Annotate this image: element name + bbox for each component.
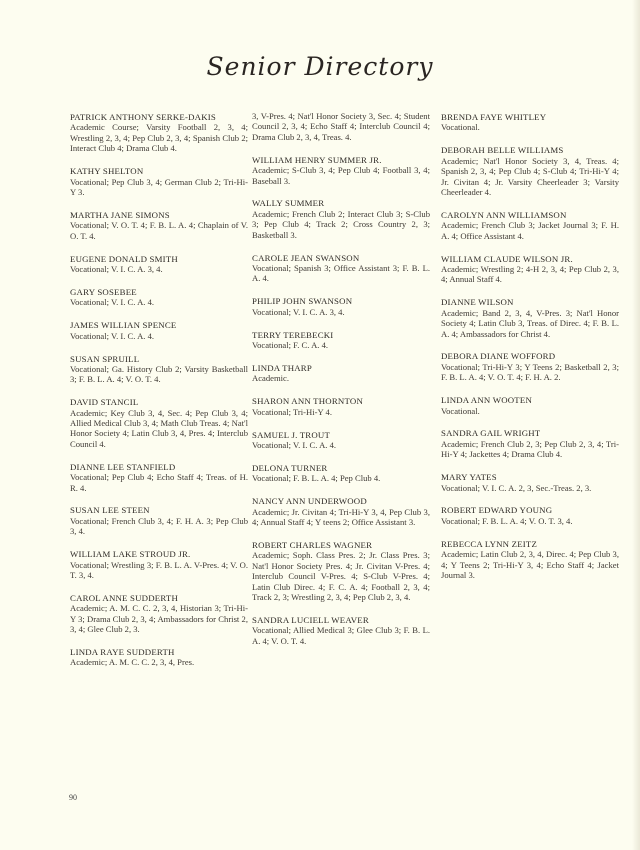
student-name: SANDRA GAIL WRIGHT bbox=[441, 428, 619, 438]
directory-entry: CAROLYN ANN WILLIAMSONAcademic; French C… bbox=[441, 210, 619, 241]
directory-entry: SANDRA GAIL WRIGHTAcademic; French Club … bbox=[441, 428, 619, 459]
student-name: MARY YATES bbox=[441, 472, 619, 482]
directory-column-2: 3, V-Pres. 4; Nat'l Honor Society 3, Sec… bbox=[252, 111, 430, 659]
student-activities: Vocational; V. I. C. A. 4. bbox=[252, 440, 430, 450]
directory-entry: SANDRA LUCIELL WEAVERVocational; Allied … bbox=[252, 615, 430, 646]
directory-entry: DIANNE WILSONAcademic; Band 2, 3, 4, V-P… bbox=[441, 297, 619, 339]
student-name: DEBORAH BELLE WILLIAMS bbox=[441, 145, 619, 155]
directory-entry: CAROL ANNE SUDDERTHAcademic; A. M. C. C.… bbox=[70, 593, 248, 635]
student-name: EUGENE DONALD SMITH bbox=[70, 254, 248, 264]
student-name: WILLIAM CLAUDE WILSON JR. bbox=[441, 254, 619, 264]
directory-entry: DELONA TURNERVocational; F. B. L. A. 4; … bbox=[252, 463, 430, 484]
student-name: DELONA TURNER bbox=[252, 463, 430, 473]
student-activities: Vocational; French Club 3, 4; F. H. A. 3… bbox=[70, 516, 248, 537]
directory-entry: ROBERT EDWARD YOUNGVocational; F. B. L. … bbox=[441, 505, 619, 526]
continued-entry-text: 3, V-Pres. 4; Nat'l Honor Society 3, Sec… bbox=[252, 111, 430, 142]
student-activities: Vocational; V. I. C. A. 4. bbox=[70, 297, 248, 307]
student-name: WALLY SUMMER bbox=[252, 198, 430, 208]
page-title: Senior Directory bbox=[0, 52, 640, 81]
student-name: DEBORA DIANE WOFFORD bbox=[441, 351, 619, 361]
directory-entry: DAVID STANCILAcademic; Key Club 3, 4, Se… bbox=[70, 397, 248, 449]
student-name: KATHY SHELTON bbox=[70, 166, 248, 176]
student-activities: Academic Course; Varsity Football 2, 3, … bbox=[70, 122, 248, 153]
student-name: WILLIAM LAKE STROUD JR. bbox=[70, 549, 248, 559]
student-activities: Vocational; V. I. C. A. 4. bbox=[70, 331, 248, 341]
student-name: SAMUEL J. TROUT bbox=[252, 430, 430, 440]
student-name: CAROLYN ANN WILLIAMSON bbox=[441, 210, 619, 220]
student-name: TERRY TEREBECKI bbox=[252, 330, 430, 340]
student-activities: Academic; Jr. Civitan 4; Tri-Hi-Y 3, 4, … bbox=[252, 507, 430, 528]
student-activities: Vocational; Tri-Hi-Y 3; Y Teens 2; Baske… bbox=[441, 362, 619, 383]
student-name: BRENDA FAYE WHITLEY bbox=[441, 112, 619, 122]
student-name: SHARON ANN THORNTON bbox=[252, 396, 430, 406]
student-activities: Academic; Latin Club 2, 3, 4, Direc. 4; … bbox=[441, 549, 619, 580]
directory-column-3: BRENDA FAYE WHITLEYVocational.DEBORAH BE… bbox=[441, 112, 619, 593]
student-activities: Vocational; V. I. C. A. 2, 3, Sec.-Treas… bbox=[441, 483, 619, 493]
directory-entry: PHILIP JOHN SWANSONVocational; V. I. C. … bbox=[252, 296, 430, 317]
student-name: PATRICK ANTHONY SERKE-DAKIS bbox=[70, 112, 248, 122]
directory-entry: REBECCA LYNN ZEITZAcademic; Latin Club 2… bbox=[441, 539, 619, 581]
directory-entry: ROBERT CHARLES WAGNERAcademic; Soph. Cla… bbox=[252, 540, 430, 602]
student-activities: Academic; A. M. C. C. 2, 3, 4, Historian… bbox=[70, 603, 248, 634]
student-activities: Vocational; V. O. T. 4; F. B. L. A. 4; C… bbox=[70, 220, 248, 241]
student-name: SUSAN SPRUILL bbox=[70, 354, 248, 364]
directory-entry: SUSAN LEE STEENVocational; French Club 3… bbox=[70, 505, 248, 536]
student-name: CAROLE JEAN SWANSON bbox=[252, 253, 430, 263]
directory-entry: WILLIAM HENRY SUMMER JR.Academic; S-Club… bbox=[252, 155, 430, 186]
student-name: DAVID STANCIL bbox=[70, 397, 248, 407]
student-activities: Academic; Band 2, 3, 4, V-Pres. 3; Nat'l… bbox=[441, 308, 619, 339]
student-activities: Vocational; Allied Medical 3; Glee Club … bbox=[252, 625, 430, 646]
directory-entry: TERRY TEREBECKIVocational; F. C. A. 4. bbox=[252, 330, 430, 351]
student-activities: Academic; Key Club 3, 4, Sec. 4; Pep Clu… bbox=[70, 408, 248, 450]
directory-entry: LINDA ANN WOOTENVocational. bbox=[441, 395, 619, 416]
student-activities: Vocational; F. B. L. A. 4; Pep Club 4. bbox=[252, 473, 430, 483]
directory-column-1: PATRICK ANTHONY SERKE-DAKISAcademic Cour… bbox=[70, 112, 248, 680]
directory-entry: JAMES WILLIAN SPENCEVocational; V. I. C.… bbox=[70, 320, 248, 341]
student-name: GARY SOSEBEE bbox=[70, 287, 248, 297]
student-name: LINDA RAYE SUDDERTH bbox=[70, 647, 248, 657]
student-activities: Academic; Soph. Class Pres. 2; Jr. Class… bbox=[252, 550, 430, 602]
student-name: CAROL ANNE SUDDERTH bbox=[70, 593, 248, 603]
directory-entry: MARY YATESVocational; V. I. C. A. 2, 3, … bbox=[441, 472, 619, 493]
directory-entry: DIANNE LEE STANFIELDVocational; Pep Club… bbox=[70, 462, 248, 493]
directory-entry: WILLIAM LAKE STROUD JR.Vocational; Wrest… bbox=[70, 549, 248, 580]
student-activities: Academic; Wrestling 2; 4-H 2, 3, 4; Pep … bbox=[441, 264, 619, 285]
student-name: LINDA THARP bbox=[252, 363, 430, 373]
student-activities: Vocational. bbox=[441, 406, 619, 416]
student-activities: Vocational; Spanish 3; Office Assistant … bbox=[252, 263, 430, 284]
directory-entry: LINDA THARPAcademic. bbox=[252, 363, 430, 384]
student-activities: Vocational; V. I. C. A. 3, 4. bbox=[70, 264, 248, 274]
directory-entry: PATRICK ANTHONY SERKE-DAKISAcademic Cour… bbox=[70, 112, 248, 154]
student-activities: Academic; A. M. C. C. 2, 3, 4, Pres. bbox=[70, 657, 248, 667]
student-name: JAMES WILLIAN SPENCE bbox=[70, 320, 248, 330]
student-name: SANDRA LUCIELL WEAVER bbox=[252, 615, 430, 625]
student-activities: Academic; French Club 3; Jacket Journal … bbox=[441, 220, 619, 241]
directory-entry: DEBORAH BELLE WILLIAMSAcademic; Nat'l Ho… bbox=[441, 145, 619, 197]
student-activities: Vocational; Pep Club 4; Echo Staff 4; Tr… bbox=[70, 472, 248, 493]
student-activities: Academic; French Club 2; Interact Club 3… bbox=[252, 209, 430, 240]
student-activities: Academic. bbox=[252, 373, 430, 383]
student-name: LINDA ANN WOOTEN bbox=[441, 395, 619, 405]
page-edge-shadow bbox=[632, 0, 640, 850]
directory-entry: BRENDA FAYE WHITLEYVocational. bbox=[441, 112, 619, 133]
student-name: PHILIP JOHN SWANSON bbox=[252, 296, 430, 306]
student-activities: Academic; S-Club 3, 4; Pep Club 4; Footb… bbox=[252, 165, 430, 186]
student-activities: Vocational; Ga. History Club 2; Varsity … bbox=[70, 364, 248, 385]
student-name: DIANNE LEE STANFIELD bbox=[70, 462, 248, 472]
directory-entry: WALLY SUMMERAcademic; French Club 2; Int… bbox=[252, 198, 430, 240]
student-name: DIANNE WILSON bbox=[441, 297, 619, 307]
student-activities: Vocational. bbox=[441, 122, 619, 132]
directory-entry: WILLIAM CLAUDE WILSON JR.Academic; Wrest… bbox=[441, 254, 619, 285]
directory-entry: SUSAN SPRUILLVocational; Ga. History Clu… bbox=[70, 354, 248, 385]
directory-entry: MARTHA JANE SIMONSVocational; V. O. T. 4… bbox=[70, 210, 248, 241]
directory-entry: CAROLE JEAN SWANSONVocational; Spanish 3… bbox=[252, 253, 430, 284]
directory-entry: LINDA RAYE SUDDERTHAcademic; A. M. C. C.… bbox=[70, 647, 248, 668]
student-activities: Vocational; V. I. C. A. 3, 4. bbox=[252, 307, 430, 317]
directory-entry: EUGENE DONALD SMITHVocational; V. I. C. … bbox=[70, 254, 248, 275]
directory-entry: NANCY ANN UNDERWOODAcademic; Jr. Civitan… bbox=[252, 496, 430, 527]
student-name: REBECCA LYNN ZEITZ bbox=[441, 539, 619, 549]
directory-entry: SHARON ANN THORNTONVocational; Tri-Hi-Y … bbox=[252, 396, 430, 417]
student-activities: Vocational; Wrestling 3; F. B. L. A. V-P… bbox=[70, 560, 248, 581]
directory-entry: KATHY SHELTONVocational; Pep Club 3, 4; … bbox=[70, 166, 248, 197]
directory-entry: SAMUEL J. TROUTVocational; V. I. C. A. 4… bbox=[252, 430, 430, 451]
student-name: ROBERT CHARLES WAGNER bbox=[252, 540, 430, 550]
student-activities: Academic; French Club 2, 3; Pep Club 2, … bbox=[441, 439, 619, 460]
page-number: 90 bbox=[69, 793, 77, 802]
student-name: ROBERT EDWARD YOUNG bbox=[441, 505, 619, 515]
student-activities: Vocational; Tri-Hi-Y 4. bbox=[252, 407, 430, 417]
student-activities: Academic; Nat'l Honor Society 3, 4, Trea… bbox=[441, 156, 619, 198]
directory-entry: DEBORA DIANE WOFFORDVocational; Tri-Hi-Y… bbox=[441, 351, 619, 382]
student-activities: Vocational; F. C. A. 4. bbox=[252, 340, 430, 350]
student-activities: Vocational; Pep Club 3, 4; German Club 2… bbox=[70, 177, 248, 198]
student-name: NANCY ANN UNDERWOOD bbox=[252, 496, 430, 506]
student-name: SUSAN LEE STEEN bbox=[70, 505, 248, 515]
student-name: WILLIAM HENRY SUMMER JR. bbox=[252, 155, 430, 165]
directory-entry: GARY SOSEBEEVocational; V. I. C. A. 4. bbox=[70, 287, 248, 308]
student-name: MARTHA JANE SIMONS bbox=[70, 210, 248, 220]
student-activities: Vocational; F. B. L. A. 4; V. O. T. 3, 4… bbox=[441, 516, 619, 526]
